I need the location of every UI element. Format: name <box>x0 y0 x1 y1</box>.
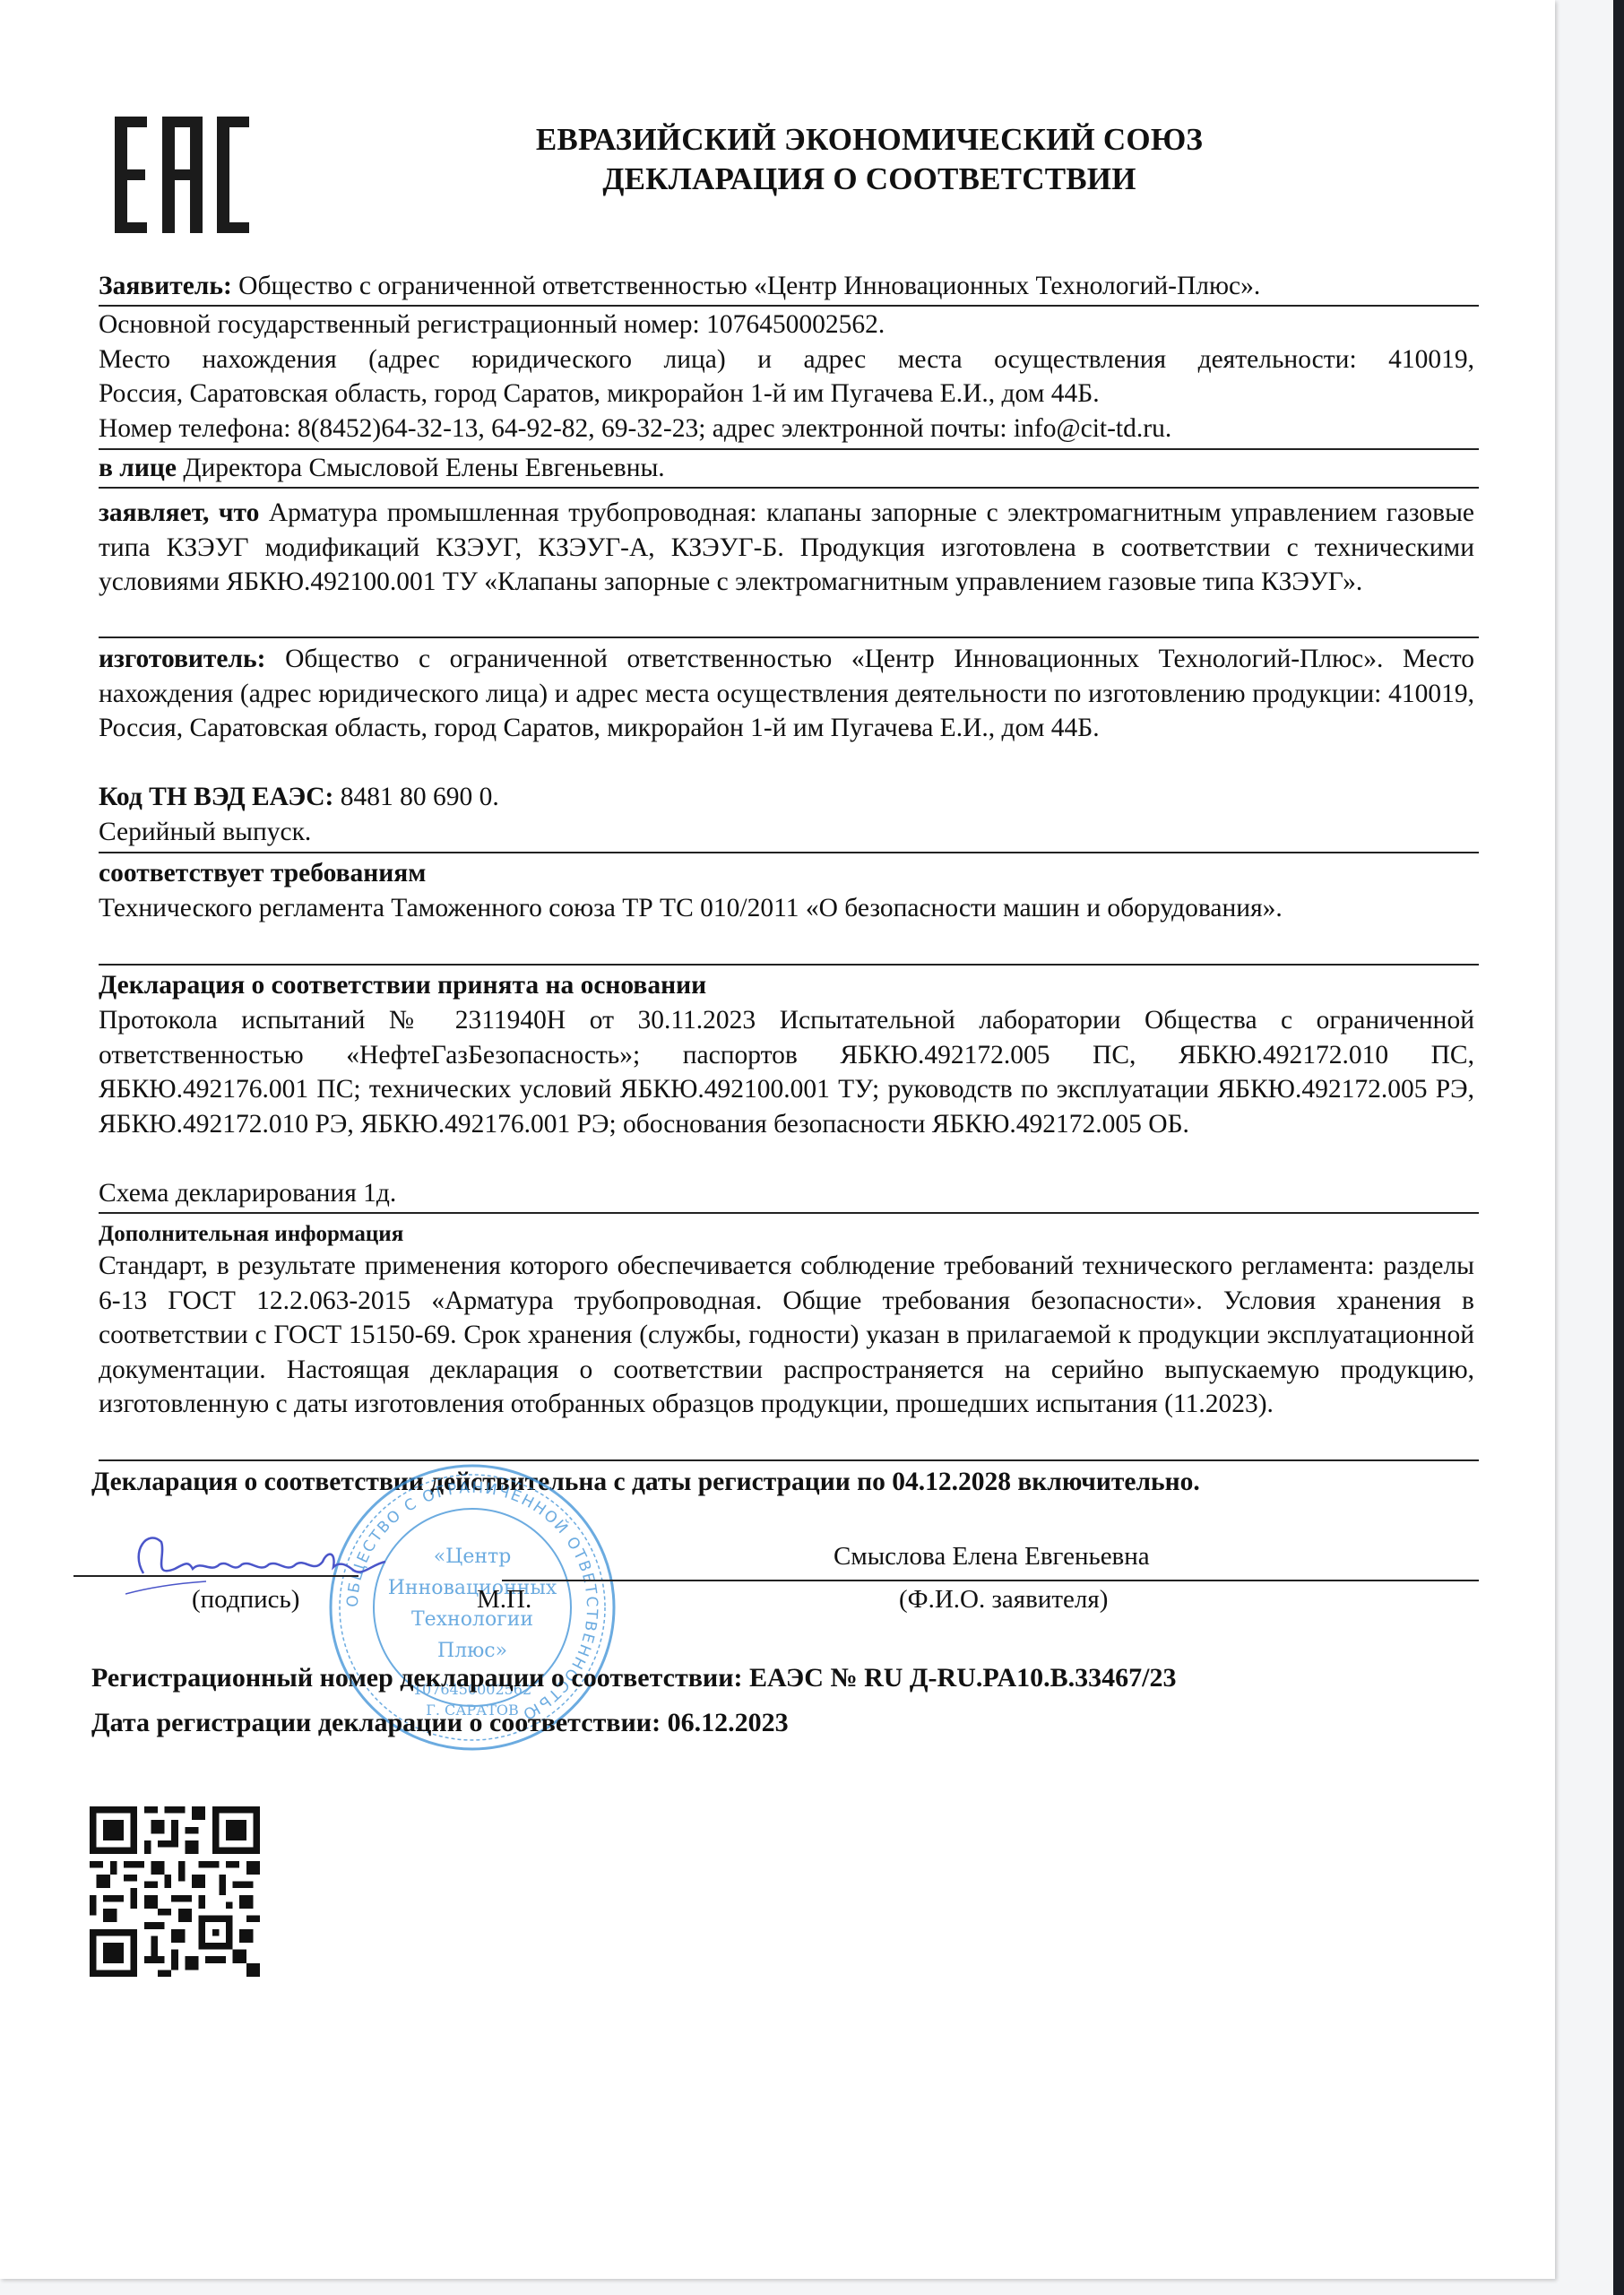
hs-code-value: 8481 80 690 0. <box>341 783 499 811</box>
document-title: ЕВРАЗИЙСКИЙ ЭКОНОМИЧЕСКИЙ СОЮЗ ДЕКЛАРАЦИ… <box>394 120 1344 199</box>
declaration-scheme: Схема декларирования 1д. <box>99 1176 1474 1211</box>
declares-text: Арматура промышленная трубопроводная: кл… <box>99 498 1474 596</box>
scan-border <box>1613 0 1624 2295</box>
eac-logo-icon <box>115 117 249 233</box>
conforms-section: соответствует требованиям <box>99 856 1474 891</box>
seal-caption: М.П. <box>477 1585 531 1615</box>
applicant-full-name: Смыслова Елена Евгеньевна <box>834 1542 1150 1572</box>
manufacturer-text: Общество с ограниченной ответственностью… <box>99 645 1474 742</box>
registration-number-label: Регистрационный номер декларации о соотв… <box>91 1663 743 1693</box>
applicant-address-1: Место нахождения (адрес юридического лиц… <box>99 342 1474 377</box>
conforms-text: Технического регламента Таможенного союз… <box>99 894 1283 922</box>
applicant-contacts: Номер телефона: 8(8452)64-32-13, 64-92-8… <box>99 411 1474 446</box>
divider <box>99 487 1479 489</box>
applicant-section: Заявитель: Общество с ограниченной ответ… <box>99 269 1474 304</box>
qr-code-icon[interactable] <box>90 1806 260 1977</box>
manufacturer-section: изготовитель: Общество с ограниченной от… <box>99 642 1474 746</box>
additional-text-block: Стандарт, в результате применения которо… <box>99 1249 1474 1422</box>
divider <box>99 448 1479 450</box>
registration-date: 06.12.2023 <box>668 1708 789 1737</box>
additional-text: Стандарт, в результате применения которо… <box>99 1251 1474 1418</box>
basis-label: Декларация о соответствии принята на осн… <box>99 968 1474 1003</box>
registration-date-label: Дата регистрации декларации о соответств… <box>91 1708 661 1737</box>
signature-caption: (подпись) <box>192 1585 299 1615</box>
basis-text-block: Протокола испытаний № 2311940Н от 30.11.… <box>99 1003 1474 1141</box>
registration-number: ЕАЭС № RU Д-RU.PA10.B.33467/23 <box>749 1663 1176 1693</box>
validity-text: Декларация о соответствии действительна … <box>91 1465 1467 1500</box>
declares-label: заявляет, что <box>99 498 259 527</box>
hs-code-label: Код ТН ВЭД ЕАЭС: <box>99 783 333 811</box>
applicant-ogrn: Основной государственный регистрационный… <box>99 307 1474 342</box>
divider <box>99 305 1479 307</box>
basis-text: Протокола испытаний № 2311940Н от 30.11.… <box>99 1006 1474 1139</box>
name-caption: (Ф.И.О. заявителя) <box>899 1585 1108 1615</box>
conforms-text-block: Технического регламента Таможенного союз… <box>99 891 1474 926</box>
basis-section: Декларация о соответствии принята на осн… <box>99 968 1474 1003</box>
divider <box>99 852 1479 853</box>
represented-by-text: Директора Смысловой Елены Евгеньевны. <box>183 454 664 482</box>
applicant-details: Основной государственный регистрационный… <box>99 307 1474 446</box>
title-union: ЕВРАЗИЙСКИЙ ЭКОНОМИЧЕСКИЙ СОЮЗ <box>394 120 1344 160</box>
validity-section: Декларация о соответствии действительна … <box>91 1465 1467 1500</box>
applicant-address-2: Россия, Саратовская область, город Сарат… <box>99 377 1474 411</box>
basis-scheme-block: Схема декларирования 1д. <box>99 1176 1474 1211</box>
represented-by-label: в лице <box>99 454 177 482</box>
applicant-name: Общество с ограниченной ответственностью… <box>238 272 1260 300</box>
divider <box>99 1212 1479 1214</box>
title-declaration: ДЕКЛАРАЦИЯ О СООТВЕТСТВИИ <box>394 160 1344 199</box>
stamp-line-4: Плюс» <box>437 1640 507 1662</box>
hs-code-section: Код ТН ВЭД ЕАЭС: 8481 80 690 0. Серийный… <box>99 780 1474 849</box>
registration-number-row: Регистрационный номер декларации о соотв… <box>91 1663 1176 1693</box>
conforms-label: соответствует требованиям <box>99 856 1474 891</box>
divider <box>99 964 1479 966</box>
additional-section: Дополнительная информация <box>99 1217 1474 1252</box>
signature-line <box>73 1575 358 1577</box>
represented-by-section: в лице Директора Смысловой Елены Евгенье… <box>99 451 1474 486</box>
manufacturer-label: изготовитель: <box>99 645 265 673</box>
production-type: Серийный выпуск. <box>99 815 1474 850</box>
name-line <box>502 1580 1479 1581</box>
registration-date-row: Дата регистрации декларации о соответств… <box>91 1708 789 1738</box>
declares-section: заявляет, что Арматура промышленная труб… <box>99 496 1474 600</box>
divider <box>99 1459 1479 1461</box>
applicant-label: Заявитель: <box>99 272 232 300</box>
stamp-line-1: «Центр <box>434 1546 512 1568</box>
divider <box>99 637 1479 638</box>
additional-label: Дополнительная информация <box>99 1217 1474 1252</box>
